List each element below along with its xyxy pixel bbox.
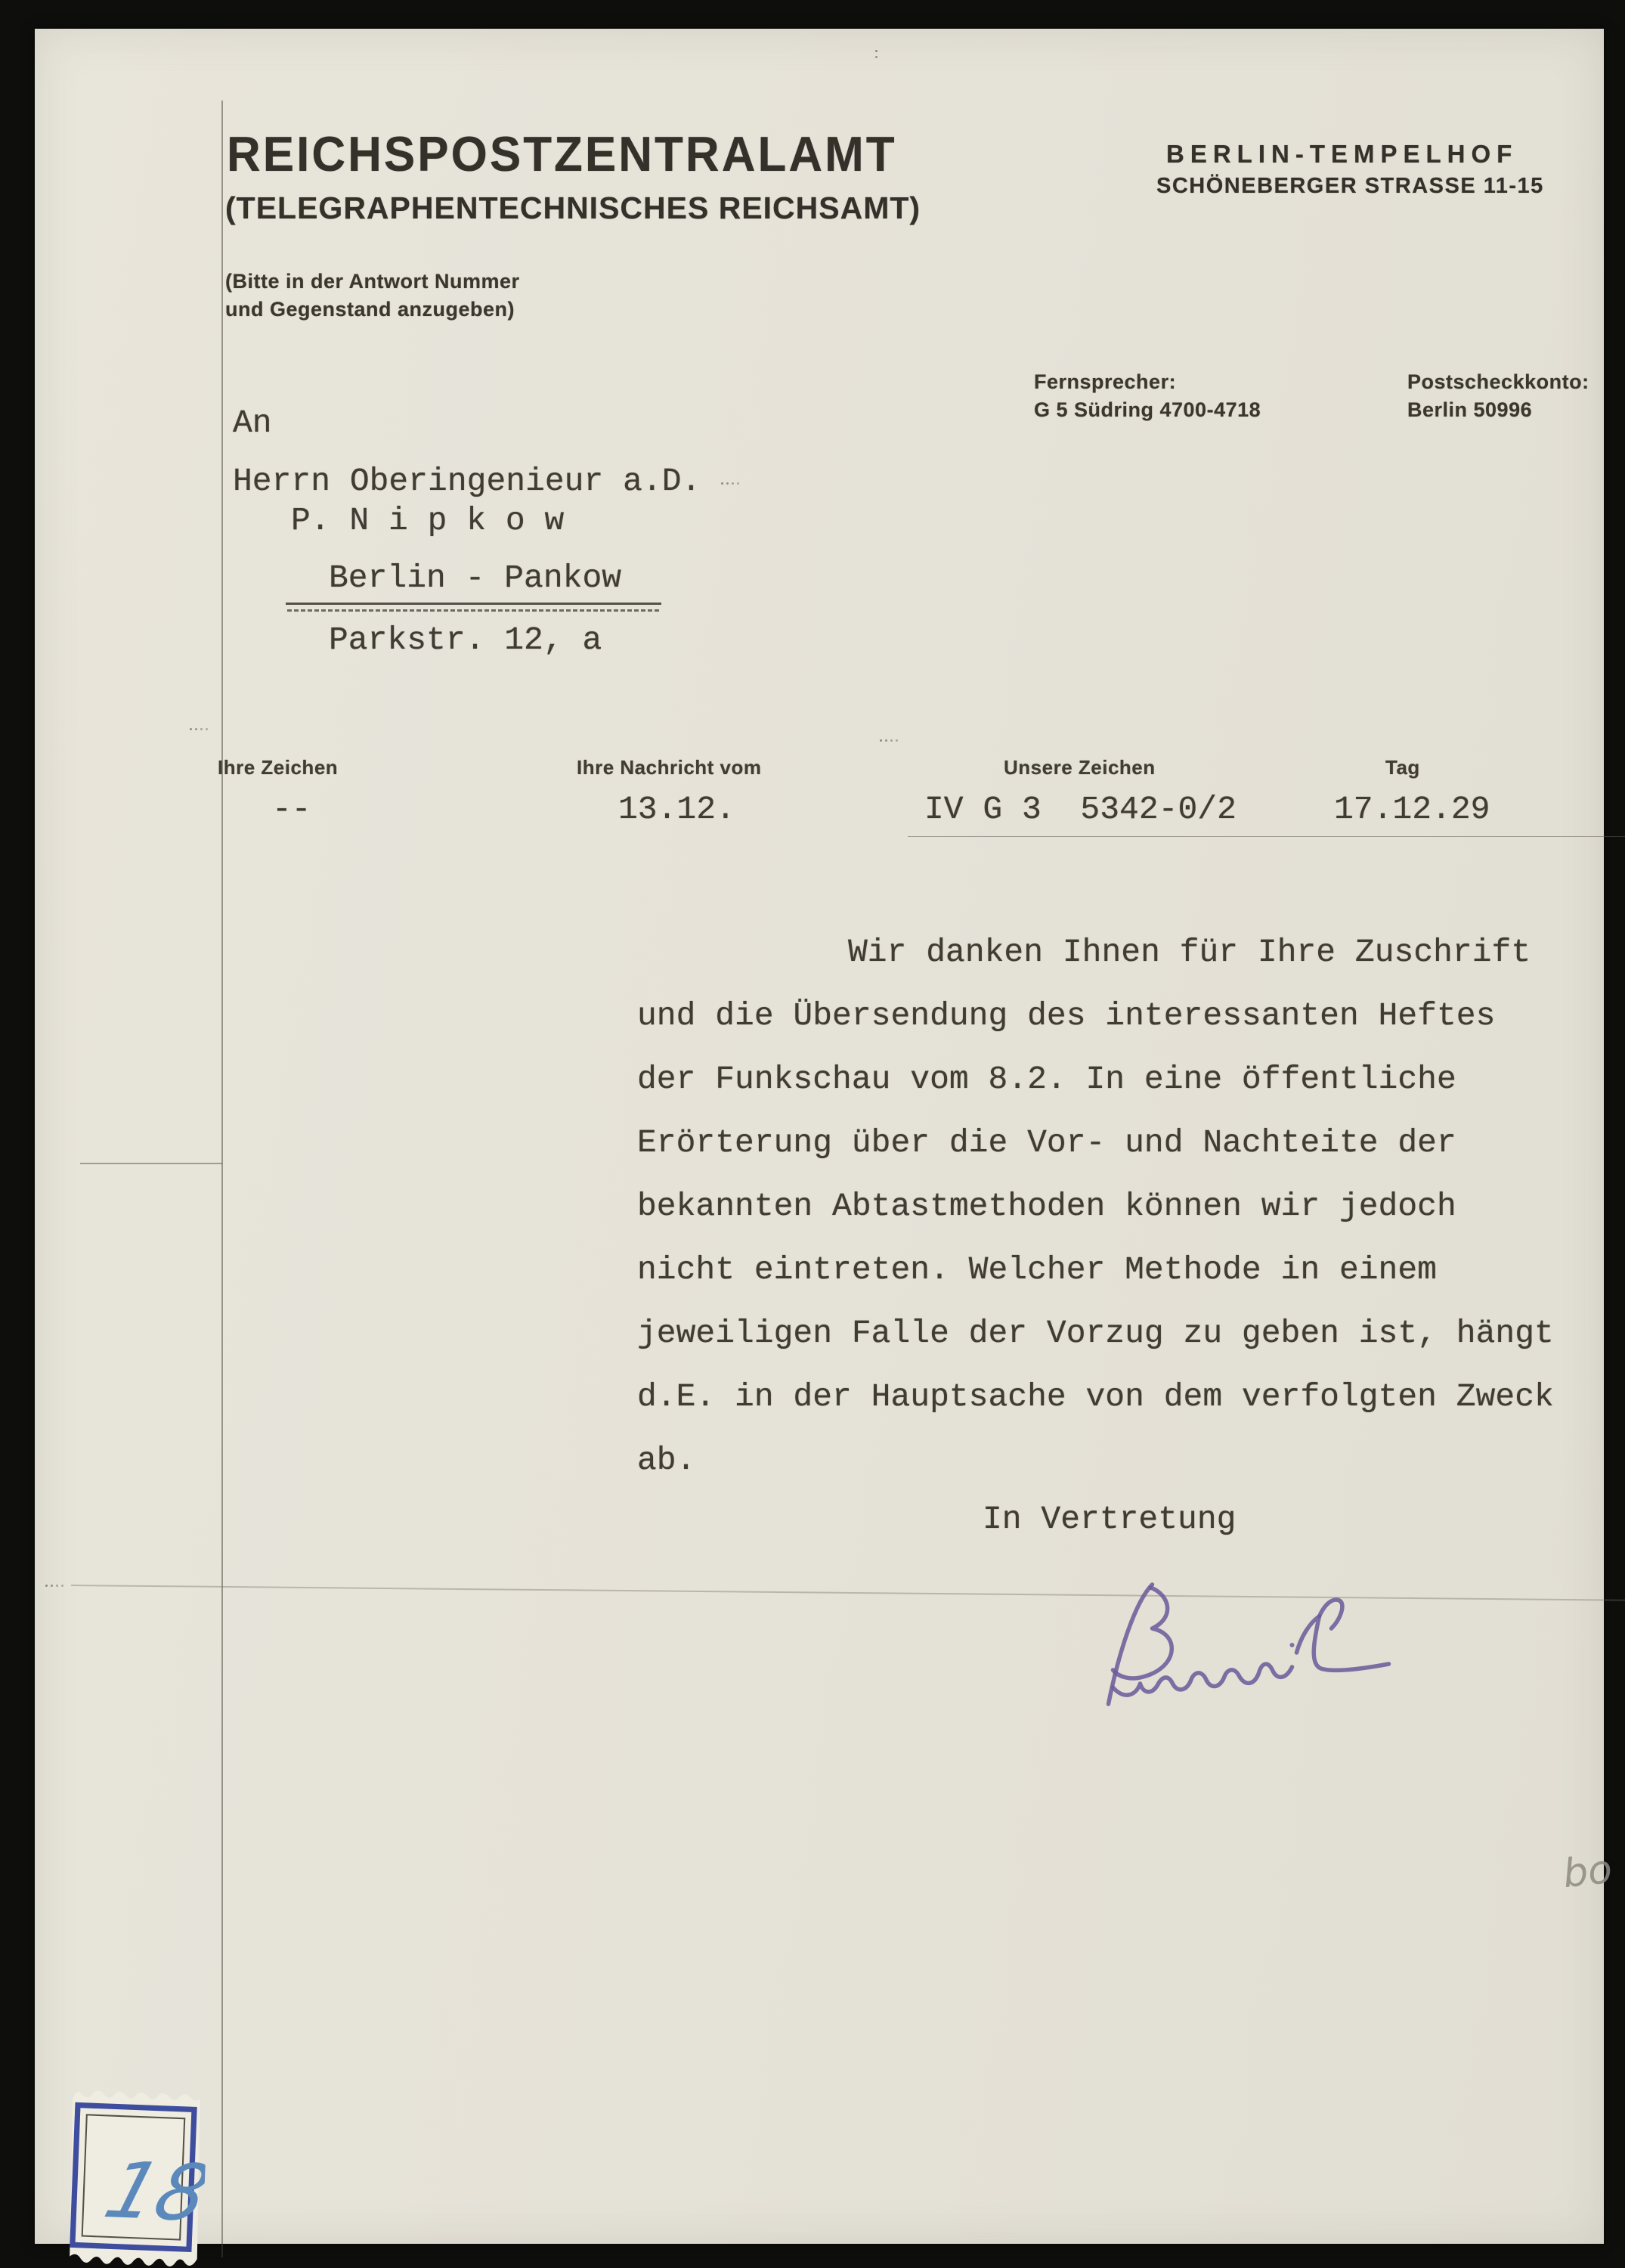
ref-value-ihre-zeichen: -- — [272, 791, 311, 828]
recipient-salutation: An — [233, 404, 272, 442]
ref-label-ihre-zeichen: Ihre Zeichen — [218, 756, 338, 779]
body-line: nicht eintreten. Welcher Methode in eine… — [637, 1251, 1437, 1288]
speck — [45, 1585, 48, 1587]
reply-note-line1: (Bitte in der Antwort Nummer — [225, 270, 520, 293]
archive-label-shape: 18 — [61, 2081, 208, 2268]
postal-account-label: Postscheckkonto: — [1407, 370, 1589, 394]
letter-paper: REICHSPOSTZENTRALAMT (TELEGRAPHENTECHNIS… — [35, 29, 1604, 2244]
postal-account-value: Berlin 50996 — [1407, 398, 1532, 422]
recipient-city: Berlin - Pankow — [329, 559, 621, 596]
speck — [721, 482, 723, 485]
body-line: bekannten Abtastmethoden können wir jedo… — [637, 1188, 1456, 1225]
body-line: der Funkschau vom 8.2. In eine öffentlic… — [637, 1061, 1456, 1098]
body-line: ab. — [637, 1442, 695, 1479]
ref-label-ihre-nachricht: Ihre Nachricht vom — [577, 756, 762, 779]
recipient-name-line: Herrn Oberingenieur a.D. — [233, 463, 701, 500]
speck — [875, 50, 877, 52]
speck — [880, 739, 882, 742]
body-line: jeweiligen Falle der Vorzug zu geben ist… — [637, 1315, 1554, 1352]
recipient-street: Parkstr. 12, a — [329, 621, 602, 658]
signature-handwriting — [993, 1579, 1405, 1726]
scanned-letter-page: REICHSPOSTZENTRALAMT (TELEGRAPHENTECHNIS… — [0, 0, 1625, 2268]
org-subtitle: (TELEGRAPHENTECHNISCHES REICHSAMT) — [225, 191, 921, 226]
city-underline-dashed — [287, 609, 659, 612]
reference-row-crease — [908, 836, 1625, 837]
body-line: und die Übersendung des interessanten He… — [637, 997, 1495, 1034]
closing-line: In Vertretung — [983, 1501, 1236, 1538]
org-name: REICHSPOSTZENTRALAMT — [227, 127, 897, 183]
org-street: SCHÖNEBERGER STRASSE 11-15 — [1156, 174, 1544, 199]
ref-value-ihre-nachricht: 13.12. — [618, 791, 735, 828]
body-line: Wir danken Ihnen für Ihre Zuschrift — [848, 934, 1531, 971]
horizontal-fold-mark — [80, 1163, 222, 1164]
body-line: d.E. in der Hauptsache von dem verfolgte… — [637, 1378, 1554, 1415]
city-underline-solid — [286, 603, 661, 605]
vertical-fold-line — [221, 101, 223, 2257]
org-location: BERLIN-TEMPELHOF — [1166, 140, 1518, 169]
pencil-mark: bo — [1561, 1847, 1614, 1897]
reply-note-line2: und Gegenstand anzugeben) — [225, 298, 515, 321]
phone-value: G 5 Südring 4700-4718 — [1034, 398, 1261, 422]
archive-label: 18 — [61, 2081, 208, 2268]
ref-value-unsere-zeichen: IV G 3 5342-0/2 — [924, 791, 1237, 828]
body-line: Erörterung über die Vor- und Nachteite d… — [637, 1124, 1456, 1161]
ref-label-unsere-zeichen: Unsere Zeichen — [1004, 756, 1156, 779]
phone-label: Fernsprecher: — [1034, 370, 1176, 394]
ref-label-tag: Tag — [1385, 756, 1420, 779]
ref-value-tag: 17.12.29 — [1334, 791, 1490, 828]
speck — [190, 728, 192, 730]
recipient-name-spaced: P. N i p k o w — [291, 502, 564, 539]
